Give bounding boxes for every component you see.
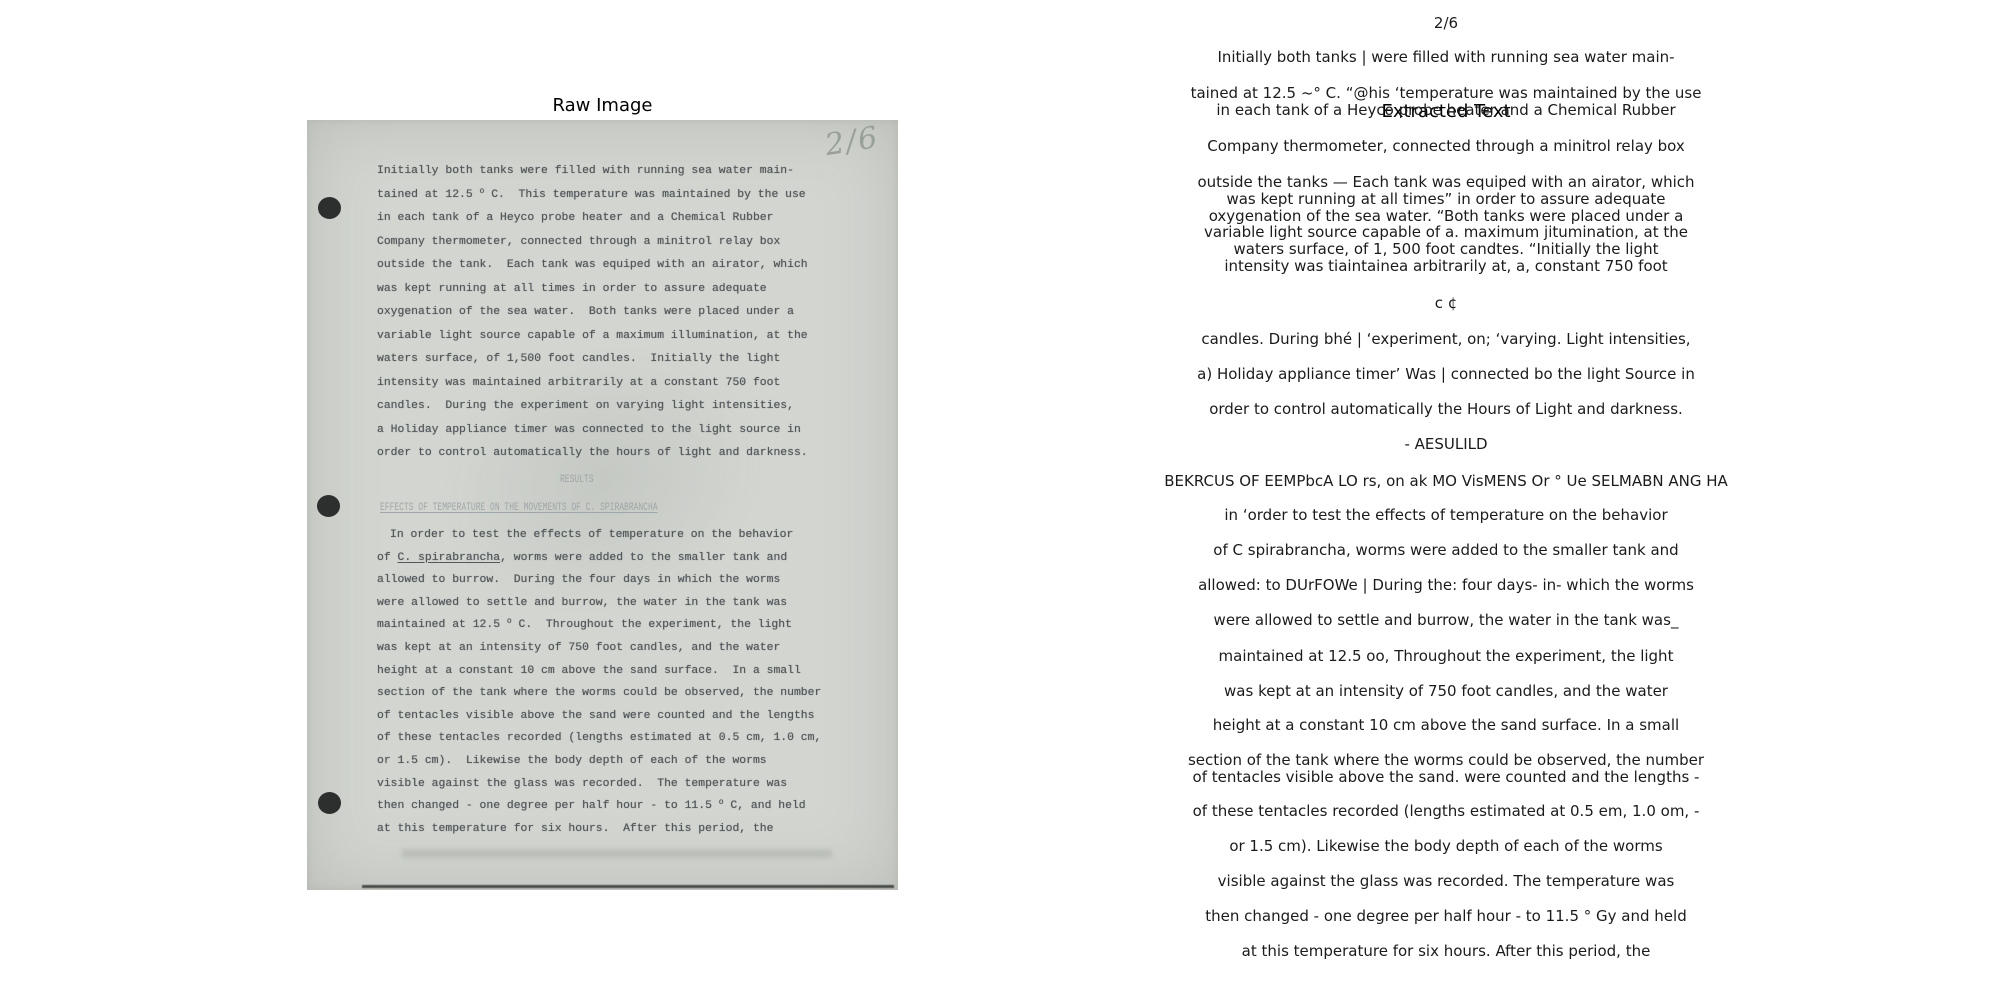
extracted-text-line: at this temperature for six hours. After… [1242, 941, 1651, 961]
document-line: visible against the glass was recorded. … [377, 779, 787, 790]
document-line: In order to test the effects of temperat… [390, 530, 793, 541]
document-line: a Holiday appliance timer was connected … [377, 425, 801, 436]
handwritten-page-number: 2/6 [823, 120, 882, 163]
extracted-text-line: candles. During bhé | ‘experiment, on; ‘… [1201, 329, 1690, 349]
document-line: intensity was maintained arbitrarily at … [377, 378, 780, 389]
document-line: RESULTS [560, 475, 594, 486]
document-line: then changed - one degree per half hour … [377, 801, 806, 812]
document-line: EFFECTS OF TEMPERATURE ON THE MOVEMENTS … [380, 503, 658, 514]
extracted-text-line: Initially both tanks | were filled with … [1217, 47, 1674, 67]
document-line: or 1.5 cm). Likewise the body depth of e… [377, 756, 767, 767]
document-line: oxygenation of the sea water. Both tanks… [377, 307, 794, 318]
extracted-text-line: allowed: to DUrFOWe | During the: four d… [1198, 575, 1694, 595]
document-line: at this temperature for six hours. After… [377, 824, 773, 835]
document-line: variable light source capable of a maxim… [377, 331, 808, 342]
extracted-text-line: then changed - one degree per half hour … [1205, 906, 1686, 926]
document-line: of tentacles visible above the sand were… [377, 711, 814, 722]
extracted-text-line: Company thermometer, connected through a… [1207, 136, 1685, 156]
document-line: was kept at an intensity of 750 foot can… [377, 643, 780, 654]
document-line: maintained at 12.5 o C. Throughout the e… [377, 620, 792, 631]
extracted-text-line: were allowed to settle and burrow, the w… [1214, 610, 1679, 630]
document-line: of these tentacles recorded (lengths est… [377, 733, 821, 744]
document-line: outside the tank. Each tank was equiped … [377, 260, 808, 271]
document-line: height at a constant 10 cm above the san… [377, 666, 801, 677]
extracted-text-line: 2/6 [1434, 13, 1458, 33]
document-line: candles. During the experiment on varyin… [377, 401, 794, 412]
extracted-text-line: BEKRCUS OF EEMPbcA LO rs, on ak MO VisME… [1164, 471, 1728, 491]
extracted-text-line: height at a constant 10 cm above the san… [1213, 715, 1679, 735]
punch-hole [317, 495, 340, 517]
scanned-document: 2/6 Initially both tanks were filled wit… [307, 120, 898, 890]
extracted-text-line: of C spirabrancha, worms were added to t… [1213, 540, 1678, 560]
extracted-text-line: order to control automatically the Hours… [1209, 399, 1683, 419]
document-line: allowed to burrow. During the four days … [377, 575, 780, 586]
faded-text-line [402, 849, 832, 858]
extracted-text-line: visible against the glass was recorded. … [1218, 871, 1675, 891]
document-line: waters surface, of 1,500 foot candles. I… [377, 354, 780, 365]
extracted-text-line: of these tentacles recorded (lengths est… [1193, 801, 1700, 821]
document-line: order to control automatically the hours… [377, 448, 808, 459]
extracted-text-line: was kept at an intensity of 750 foot can… [1224, 681, 1668, 701]
document-line: section of the tank where the worms coul… [377, 688, 821, 699]
document-line: Initially both tanks were filled with ru… [377, 166, 794, 177]
document-line: tained at 12.5 o C. This temperature was… [377, 190, 806, 201]
document-line: Company thermometer, connected through a… [377, 237, 780, 248]
document-line: in each tank of a Heyco probe heater and… [377, 213, 773, 224]
extracted-text-line: c ¢ [1435, 293, 1458, 313]
extracted-text-line: or 1.5 cm). Likewise the body depth of e… [1229, 836, 1662, 856]
punch-hole [318, 792, 341, 814]
raw-image-title: Raw Image [307, 95, 898, 116]
scan-bottom-edge [362, 885, 894, 888]
extracted-text-line: - AESULILD [1404, 434, 1487, 454]
extracted-text-line: in ‘order to test the effects of tempera… [1224, 505, 1667, 525]
document-line: were allowed to settle and burrow, the w… [377, 598, 787, 609]
extracted-text-line: a) Holiday appliance timer’ Was | connec… [1197, 364, 1695, 384]
document-line: of C. spirabrancha, worms were added to … [377, 553, 787, 564]
extracted-text-line: intensity was tiaintainea arbitrarily at… [1224, 256, 1667, 276]
extracted-text-lines: 2/6Initially both tanks | were filled wi… [1136, 0, 1756, 1000]
extracted-text-line: in each tank of a Heyco probe heater and… [1216, 100, 1675, 120]
document-line: was kept running at all times in order t… [377, 284, 767, 295]
extracted-text-line: of tentacles visible above the sand. wer… [1193, 767, 1700, 787]
ocr-comparison-figure: Raw Image Extracted Text 2/6 Initially b… [0, 0, 2000, 1000]
punch-hole [318, 197, 341, 219]
extracted-text-line: maintained at 12.5 oo, Throughout the ex… [1219, 646, 1674, 666]
